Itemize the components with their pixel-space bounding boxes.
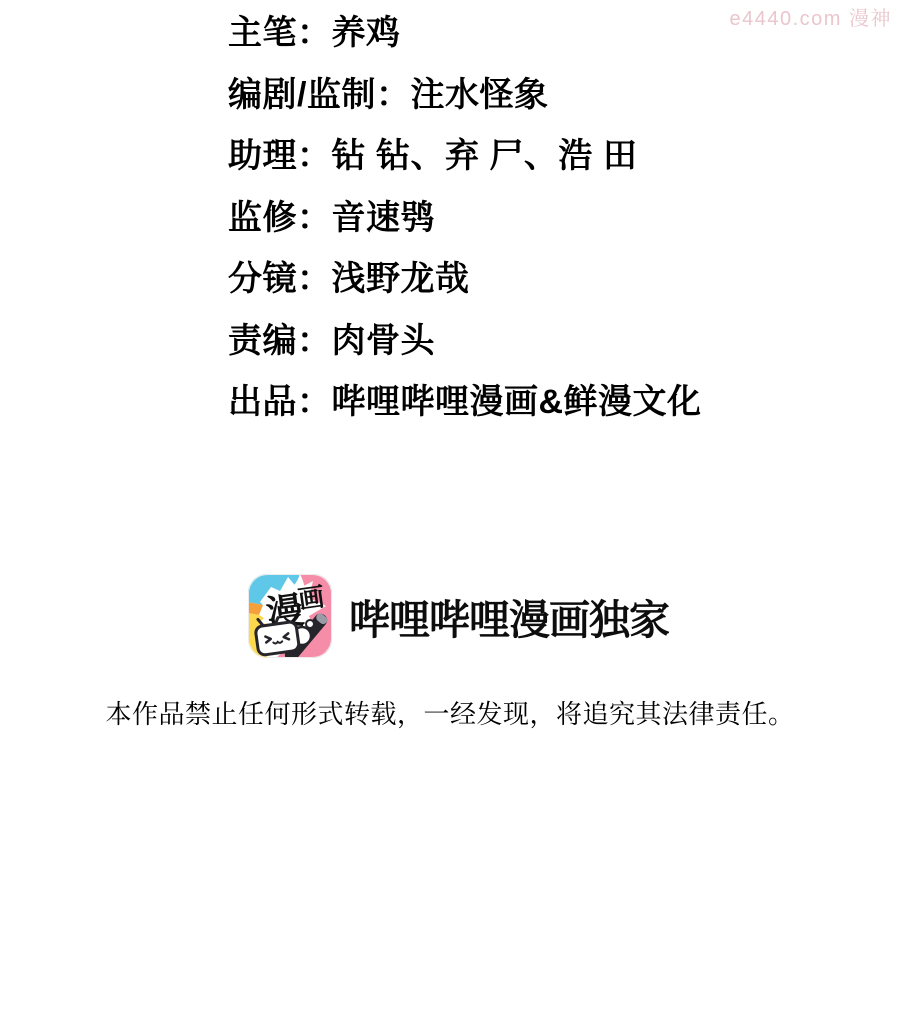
credit-line-producer: 出品：哔哩哔哩漫画&鲜漫文化 [228,372,702,434]
credit-line-assistants: 助理：钻 钻、弃 尸、浩 田 [228,126,702,188]
credit-line-writer: 编剧/监制：注水怪象 [228,65,702,127]
copyright-disclaimer: 本作品禁止任何形式转载，一经发现，将追究其法律责任。 [0,694,900,731]
credit-line-supervisor: 监修：音速鸮 [228,188,702,250]
icon-text-hua: 画 [296,582,326,614]
credit-line-main-artist: 主笔：养鸡 [228,3,702,65]
comic-credits-page: e4440.com 漫神 主笔：养鸡 编剧/监制：注水怪象 助理：钻 钻、弃 尸… [0,0,900,1032]
bilibili-manga-exclusive-banner: 漫 画 [248,574,669,658]
exclusive-heading: 哔哩哔哩漫画独家 [349,587,669,646]
site-watermark: e4440.com 漫神 [729,2,892,31]
credits-list: 主笔：养鸡 编剧/监制：注水怪象 助理：钻 钻、弃 尸、浩 田 监修：音速鸮 分… [228,3,702,434]
credit-line-editor: 责编：肉骨头 [228,311,702,373]
credit-line-storyboard: 分镜：浅野龙哉 [228,249,702,311]
bilibili-manga-logo-icon: 漫 画 [248,574,332,658]
